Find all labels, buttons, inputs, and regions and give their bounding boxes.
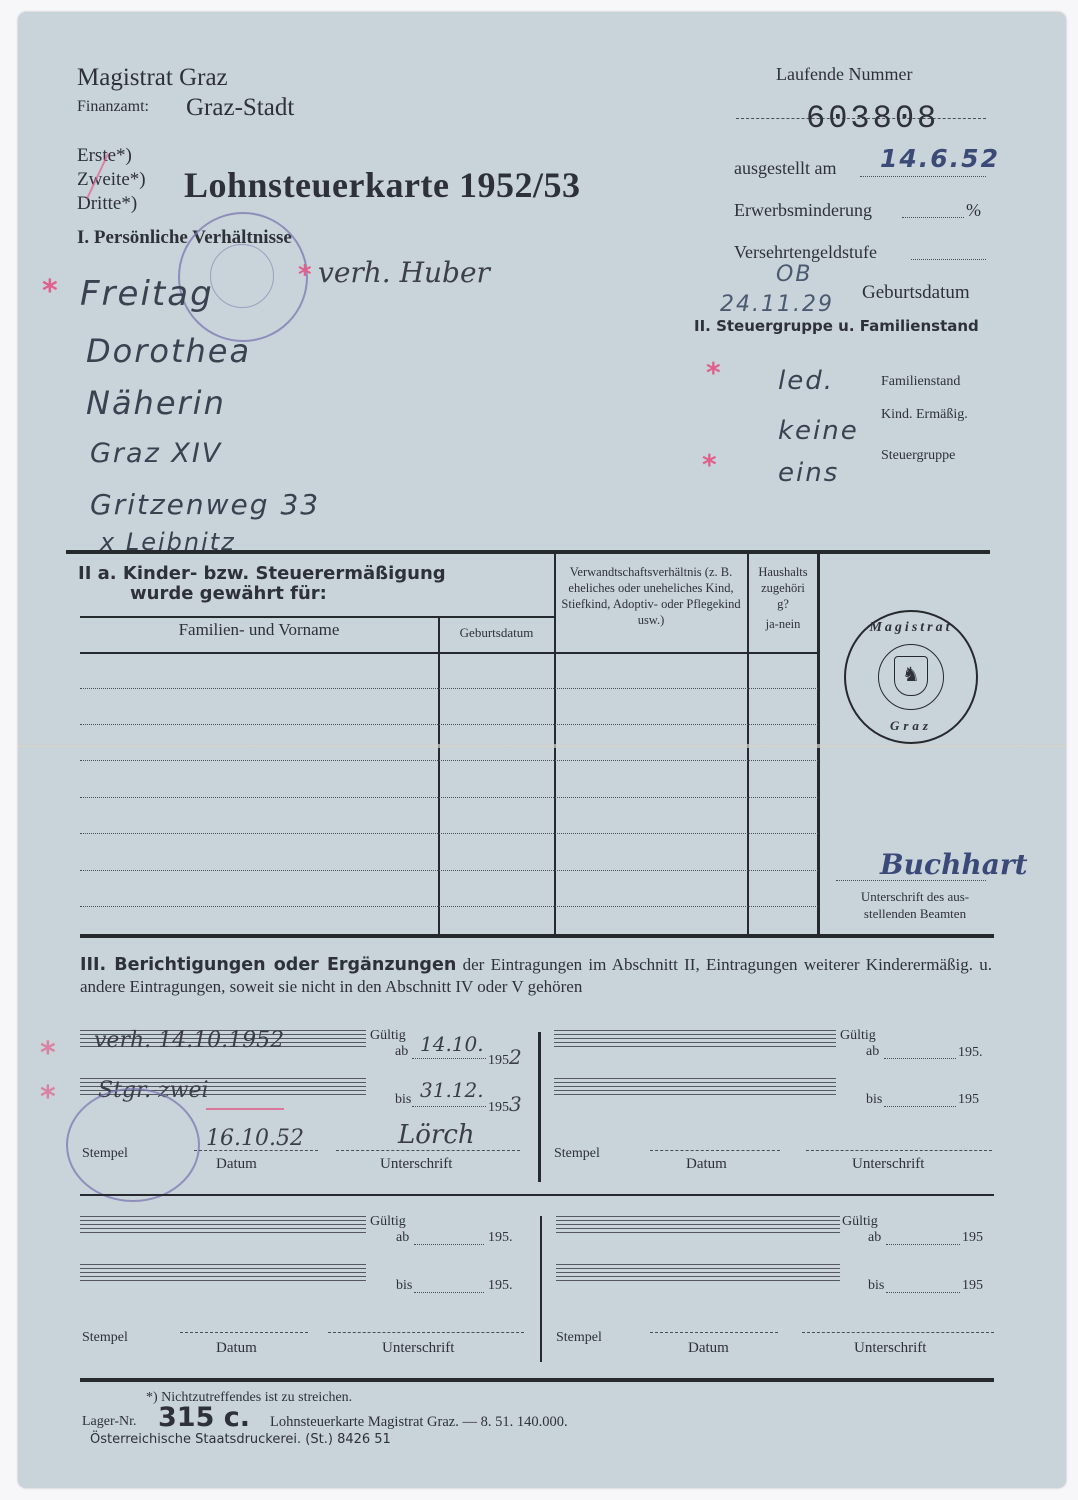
col-header-relation: Verwandtschaftsverhältnis (z. B. ehelich… (560, 564, 742, 628)
table-row[interactable] (80, 906, 818, 907)
magistrat-seal-icon: ♞ Magistrat Graz (844, 610, 978, 744)
valid-to-year-4: 195 (962, 1278, 983, 1294)
issued-date: 14.6.52 (880, 144, 1000, 173)
divider-section-3 (80, 934, 994, 938)
marker-surname: * (42, 274, 58, 309)
signature-line-3[interactable] (328, 1332, 524, 1333)
entry-lines-2a (554, 1030, 836, 1050)
signature-line-1 (336, 1150, 520, 1151)
issued-label: ausgestellt am (734, 158, 836, 179)
stock-label: Lager-Nr. (82, 1414, 137, 1430)
date-line-1 (194, 1150, 318, 1151)
kind-ermaessigung-label: Kind. Ermäßig. (881, 407, 968, 423)
box-divider-2 (540, 1216, 542, 1362)
marker-correction-2: * (40, 1080, 56, 1115)
birthdate-value: 24.11.29 (720, 292, 834, 317)
entry-lines-3b (80, 1264, 366, 1284)
print-info: Lohnsteuerkarte Magistrat Graz. — 8. 51.… (270, 1414, 568, 1431)
tax-office-label: Finanzamt: (77, 98, 149, 116)
surname: Freitag (80, 274, 214, 314)
officer-signature: Buchhart (880, 848, 1028, 881)
birthdate-label: Geburtsdatum (862, 282, 970, 304)
valid-to-line-4[interactable] (886, 1292, 960, 1293)
date-line-4[interactable] (650, 1332, 778, 1333)
marker-married-name: * (298, 260, 312, 290)
signature-line-2[interactable] (806, 1150, 992, 1151)
valid-to-label-2: bis (866, 1092, 882, 1108)
marker-familienstand: * (706, 356, 721, 389)
correction-entry-1: verh. 14.10.1952 (94, 1028, 284, 1053)
valid-from-label-4: ab (868, 1230, 881, 1246)
section-3-heading: III. Berichtigungen oder Ergänzungen der… (80, 954, 992, 998)
table-row[interactable] (80, 688, 818, 689)
valid-to-year-3: 195. (488, 1278, 513, 1294)
paper-fold (18, 744, 1066, 748)
valid-from-line-4[interactable] (886, 1244, 960, 1245)
disability-unit: % (966, 200, 981, 221)
serial-number: 603808 (806, 100, 939, 137)
divider-boxes-row (80, 1194, 994, 1196)
valid-from-year-3: 195. (488, 1230, 513, 1246)
city: Graz XIV (90, 438, 222, 469)
valid-to-label-3: bis (396, 1278, 412, 1294)
stock-number: 315 c. (158, 1402, 250, 1433)
printer-info: Österreichische Staatsdruckerei. (St.) 8… (90, 1432, 391, 1447)
red-underline (206, 1108, 284, 1110)
valid-label-3: Gültig (370, 1214, 406, 1230)
steuergruppe-label: Steuergruppe (881, 448, 955, 464)
valid-label-1: Gültig (370, 1028, 406, 1044)
date-label-4: Datum (688, 1340, 729, 1357)
tax-card-paper: Magistrat Graz Finanzamt: Graz-Stadt Ers… (18, 12, 1066, 1488)
serial-label: Laufende Nummer (776, 64, 912, 85)
valid-to-year-2: 195 (958, 1092, 979, 1108)
date-label-1: Datum (216, 1156, 257, 1173)
box-divider-1 (538, 1032, 541, 1182)
section-2-heading: II. Steuergruppe u. Familienstand (694, 317, 979, 335)
valid-from-value-1: 14.10. (420, 1032, 484, 1056)
correction-signature-1: Lörch (398, 1120, 475, 1150)
col-header-birthdate: Geburtsdatum (439, 625, 554, 641)
valid-to-line-3[interactable] (414, 1292, 484, 1293)
disability-line (902, 217, 964, 218)
valid-from-year-2: 195. (958, 1045, 983, 1061)
officer-signature-line (836, 880, 986, 881)
signature-label-3: Unterschrift (382, 1340, 454, 1357)
col-header-household: Haushaltszugehörig? ja-nein (752, 564, 814, 632)
familienstand-value: led. (778, 366, 834, 396)
valid-from-year-4: 195 (962, 1230, 983, 1246)
valid-from-year-1: 1952 (488, 1045, 522, 1069)
entry-lines-4b (556, 1264, 840, 1284)
table-row[interactable] (80, 833, 818, 834)
stamp-label-4: Stempel (556, 1330, 602, 1346)
divider-top (66, 550, 990, 554)
date-label-3: Datum (216, 1340, 257, 1357)
valid-from-label-3: ab (396, 1230, 409, 1246)
authority-name: Magistrat Graz (77, 64, 228, 92)
veteran-line (911, 259, 986, 260)
officer-signature-label: Unterschrift des aus- stellenden Beamten (840, 888, 990, 922)
first-name: Dorothea (86, 332, 251, 370)
document-title: Lohnsteuerkarte 1952/53 (184, 164, 580, 206)
valid-to-label-1: bis (395, 1092, 411, 1108)
table-row[interactable] (80, 797, 818, 798)
occupation: Näherin (86, 384, 226, 422)
stamp-label-3: Stempel (82, 1330, 128, 1346)
tax-office-name: Graz-Stadt (186, 94, 294, 122)
valid-to-value-1: 31.12. (420, 1078, 484, 1102)
valid-from-label-1: ab (395, 1044, 408, 1060)
marker-correction-1: * (40, 1036, 56, 1071)
date-line-2[interactable] (650, 1150, 780, 1151)
signature-line-4[interactable] (802, 1332, 994, 1333)
table-header-bottom-rule (80, 652, 818, 654)
kind-ermaessigung-value: keine (778, 416, 859, 446)
valid-from-line-3[interactable] (414, 1244, 484, 1245)
signature-label-2: Unterschrift (852, 1156, 924, 1173)
col-header-name: Familien- und Vorname (80, 620, 438, 640)
valid-to-year-1: 1953 (488, 1092, 522, 1116)
familienstand-label: Familienstand (881, 374, 960, 390)
entry-lines-4a (556, 1216, 840, 1236)
correction-date-1: 16.10.52 (206, 1126, 304, 1151)
issued-line (860, 176, 986, 177)
valid-label-2: Gültig (840, 1028, 876, 1044)
disability-label: Erwerbsminderung (734, 200, 872, 221)
steuergruppe-value: eins (778, 458, 839, 488)
signature-label-1: Unterschrift (380, 1156, 452, 1173)
table-row[interactable] (80, 724, 818, 725)
marker-steuergruppe: * (702, 448, 717, 481)
divider-footer (80, 1378, 994, 1382)
date-label-2: Datum (686, 1156, 727, 1173)
stamp-label-2: Stempel (554, 1146, 600, 1162)
married-name-note: verh. Huber (318, 256, 490, 289)
valid-to-line-2[interactable] (884, 1106, 956, 1107)
children-table-rows (80, 688, 818, 907)
veteran-value: OB (776, 262, 812, 287)
street: Gritzenweg 33 (90, 488, 320, 521)
valid-from-line-2[interactable] (884, 1058, 956, 1059)
table-row[interactable] (80, 870, 818, 871)
veteran-label: Versehrtengeldstufe (734, 242, 877, 263)
section-2a-heading: II a. Kinder- bzw. Steuerermäßigung wurd… (78, 564, 446, 604)
valid-from-label-2: ab (866, 1044, 879, 1060)
valid-label-4: Gültig (842, 1214, 878, 1230)
table-row[interactable] (80, 760, 818, 761)
signature-label-4: Unterschrift (854, 1340, 926, 1357)
header-rule (80, 616, 554, 618)
valid-to-line-1 (412, 1106, 486, 1107)
valid-from-line-1 (412, 1058, 486, 1059)
entry-lines-3a (80, 1216, 366, 1236)
valid-to-label-4: bis (868, 1278, 884, 1294)
entry-lines-2b (554, 1078, 836, 1098)
date-line-3[interactable] (180, 1332, 308, 1333)
stamp-label-1: Stempel (82, 1146, 128, 1162)
purple-stamp-2-icon (66, 1088, 200, 1202)
